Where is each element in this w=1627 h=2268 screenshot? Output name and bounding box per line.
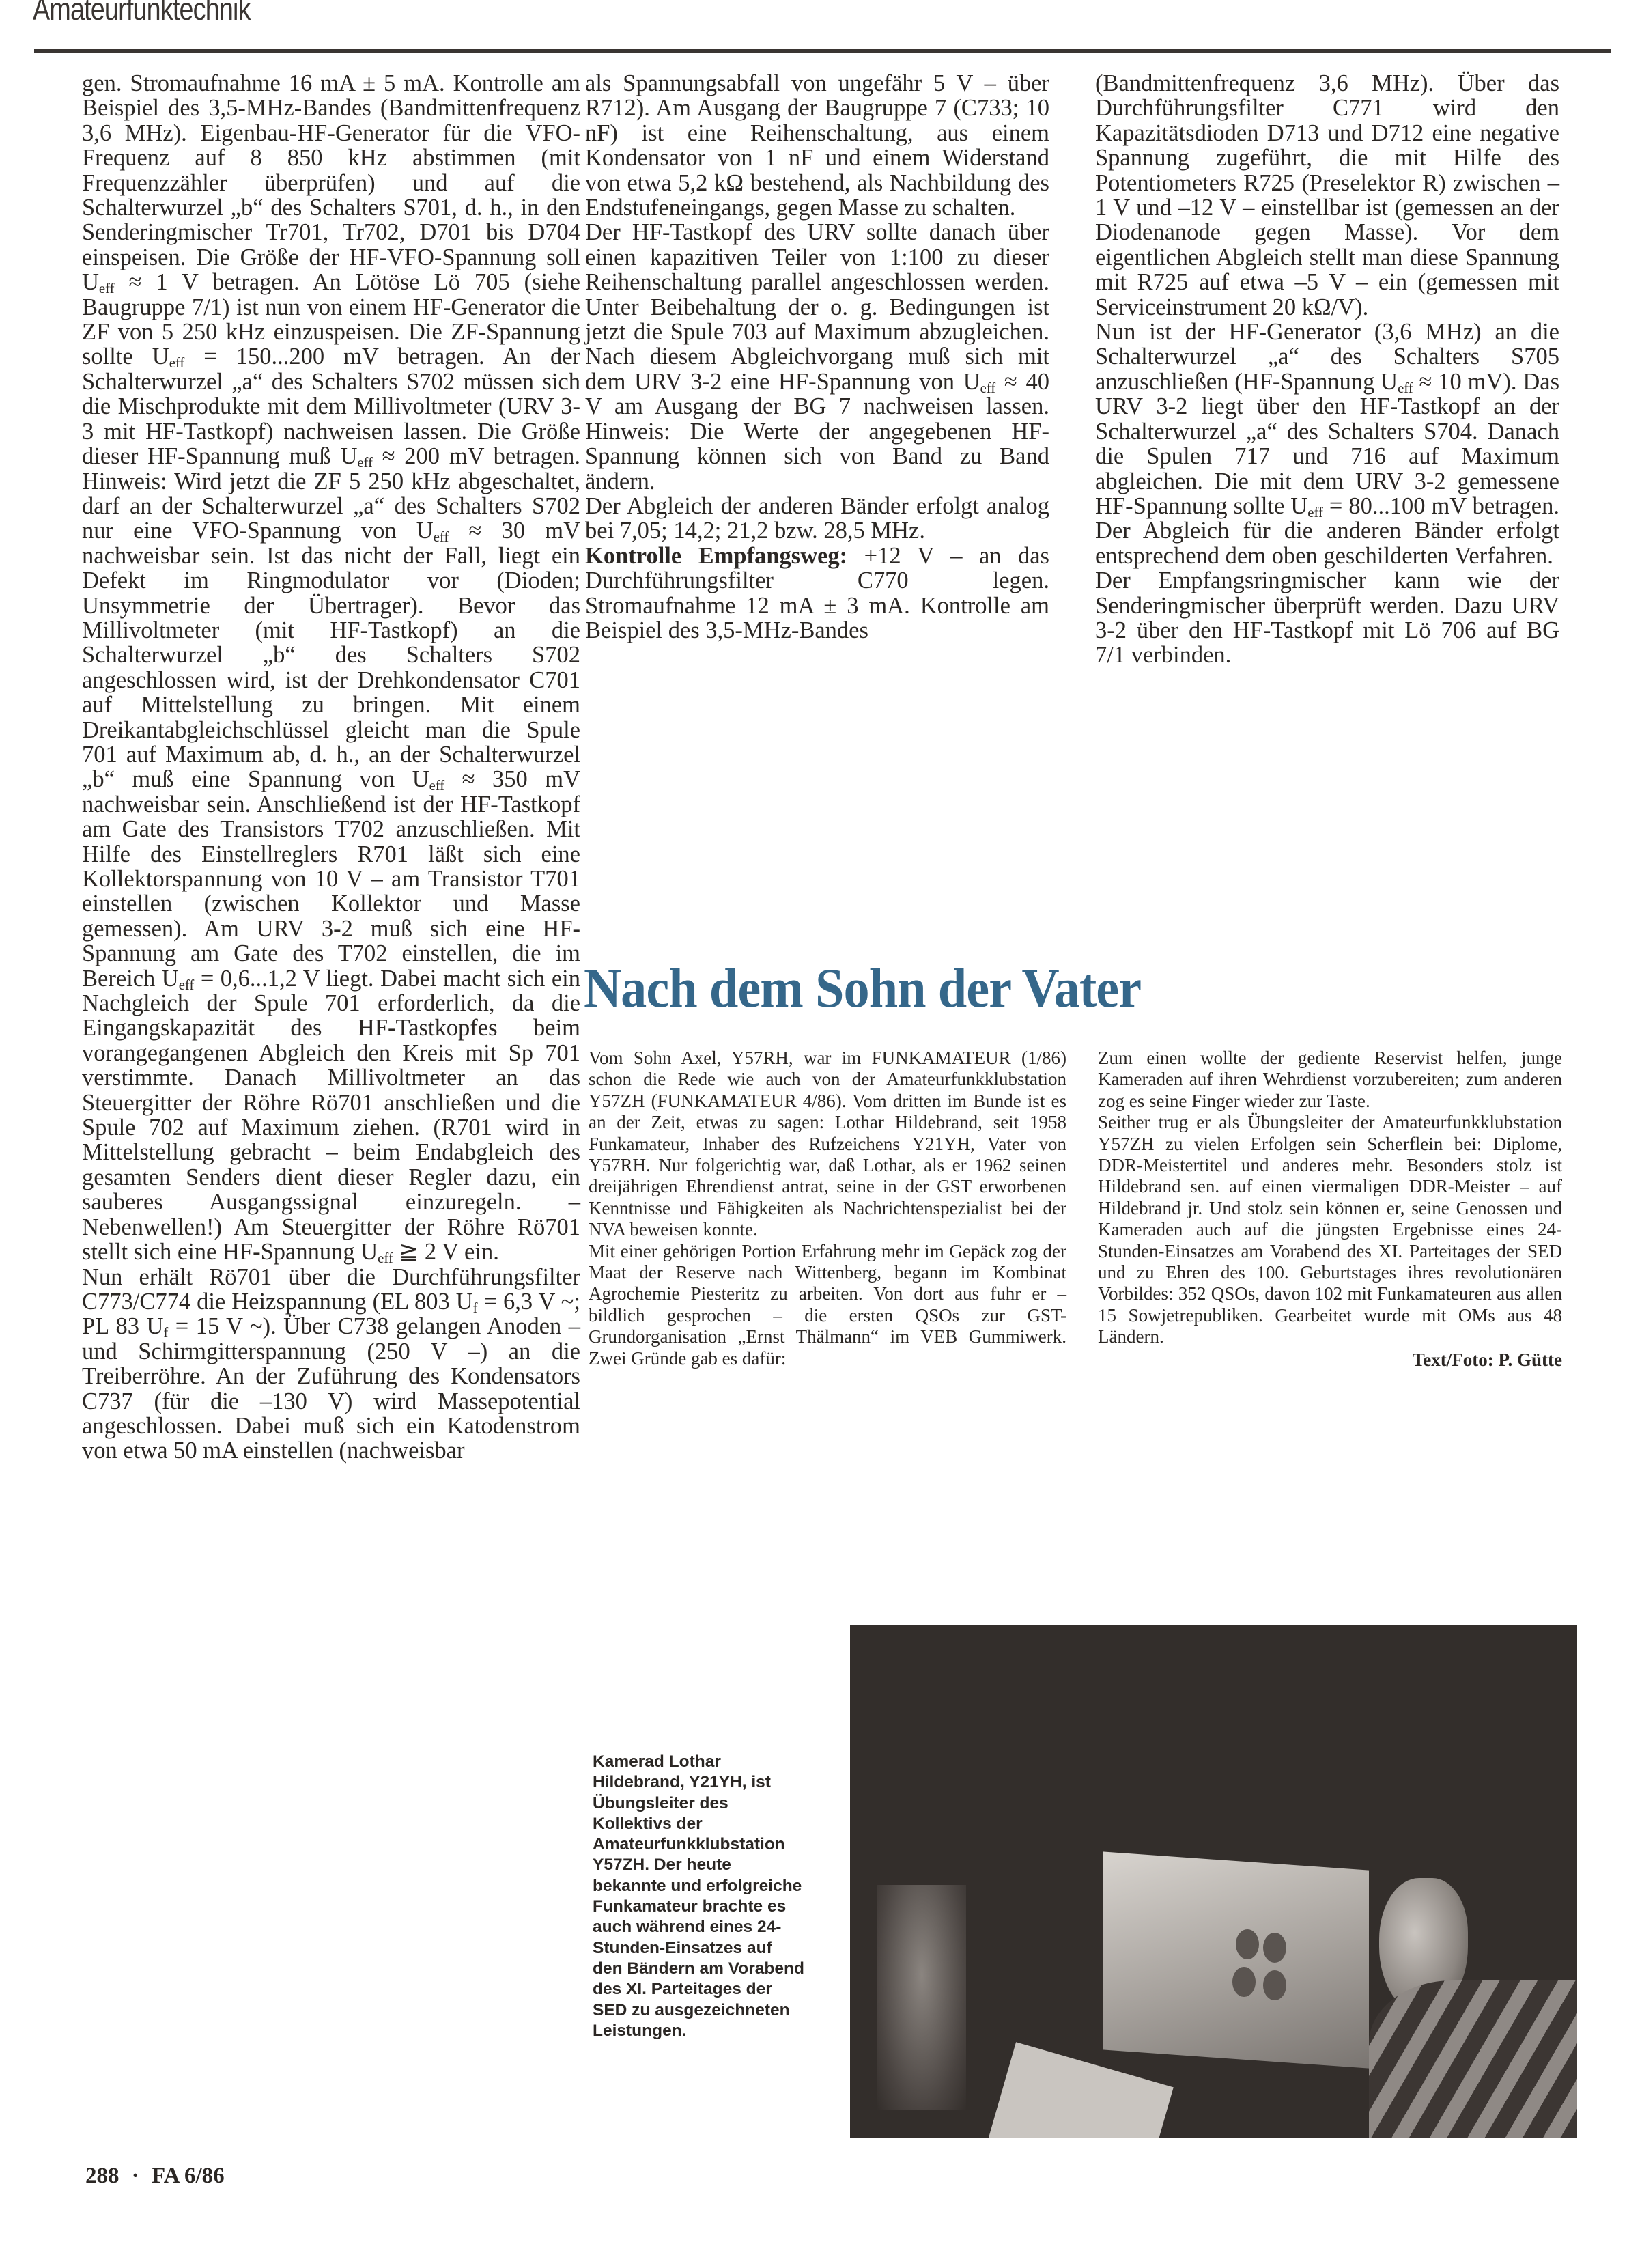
page-number: 288 <box>85 2164 119 2188</box>
article2-column1: Vom Sohn Axel, Y57RH, war im FUNKAMATEUR… <box>589 1048 1066 1369</box>
article1-column1: gen. Stromaufnahme 16 mA ± 5 mA. Kontrol… <box>82 71 580 1464</box>
paragraph: Mit einer gehörigen Portion Erfahrung me… <box>589 1241 1066 1369</box>
photo-logbook <box>984 2042 1174 2138</box>
paragraph: Der Abgleich der anderen Bänder erfolgt … <box>585 494 1049 544</box>
page-folio: 288 · FA 6/86 <box>85 2164 225 2189</box>
author-credit: Text/Foto: P. Gütte <box>1098 1349 1562 1371</box>
header-rule <box>34 49 1611 53</box>
paragraph: als Spannungsabfall von ungefähr 5 V – ü… <box>585 71 1049 220</box>
article1-column3: (Bandmittenfrequenz 3,6 MHz). Über das D… <box>1095 71 1559 668</box>
photo-knob <box>1232 1967 1256 1997</box>
photo-lamp-shape <box>877 1885 966 2110</box>
photo-knob <box>1263 1970 1286 2000</box>
article2-headline: Nach dem Sohn der Vater <box>584 956 1141 1020</box>
paragraph: gen. Stromaufnahme 16 mA ± 5 mA. Kontrol… <box>82 71 580 1265</box>
paragraph: Nun erhält Rö701 über die Durchführungsf… <box>82 1265 580 1464</box>
paragraph: Nun ist der HF-Generator (3,6 MHz) an di… <box>1095 320 1559 568</box>
paragraph: Kontrolle Empfangsweg: +12 V – an das Du… <box>585 544 1049 643</box>
paragraph: Zum einen wollte der gediente Reservist … <box>1098 1048 1562 1112</box>
article-photo <box>850 1625 1577 2138</box>
folio-separator: · <box>132 2164 139 2188</box>
paragraph: Seither trug er als Übungsleiter der Ama… <box>1098 1112 1562 1347</box>
section-title: Amateurfunktechnik <box>33 0 251 27</box>
photo-caption: Kamerad Lothar Hildebrand, Y21YH, ist Üb… <box>593 1752 804 2041</box>
paragraph: Vom Sohn Axel, Y57RH, war im FUNKAMATEUR… <box>589 1048 1066 1241</box>
paragraph: Der HF-Tastkopf des URV sollte danach üb… <box>585 220 1049 493</box>
photo-knob <box>1263 1933 1286 1963</box>
photo-knob <box>1236 1929 1259 1959</box>
paragraph: (Bandmittenfrequenz 3,6 MHz). Über das D… <box>1095 71 1559 320</box>
photo-transceiver-panel <box>1103 1851 1369 2068</box>
photo-operator-sweater <box>1369 1980 1577 2138</box>
issue-label: FA 6/86 <box>152 2164 225 2188</box>
article1-column2: als Spannungsabfall von ungefähr 5 V – ü… <box>585 71 1049 643</box>
bold-lead: Kontrolle Empfangsweg: <box>585 543 847 569</box>
article2-column2: Zum einen wollte der gediente Reservist … <box>1098 1048 1562 1371</box>
paragraph: Der Empfangsringmischer kann wie der Sen… <box>1095 568 1559 668</box>
